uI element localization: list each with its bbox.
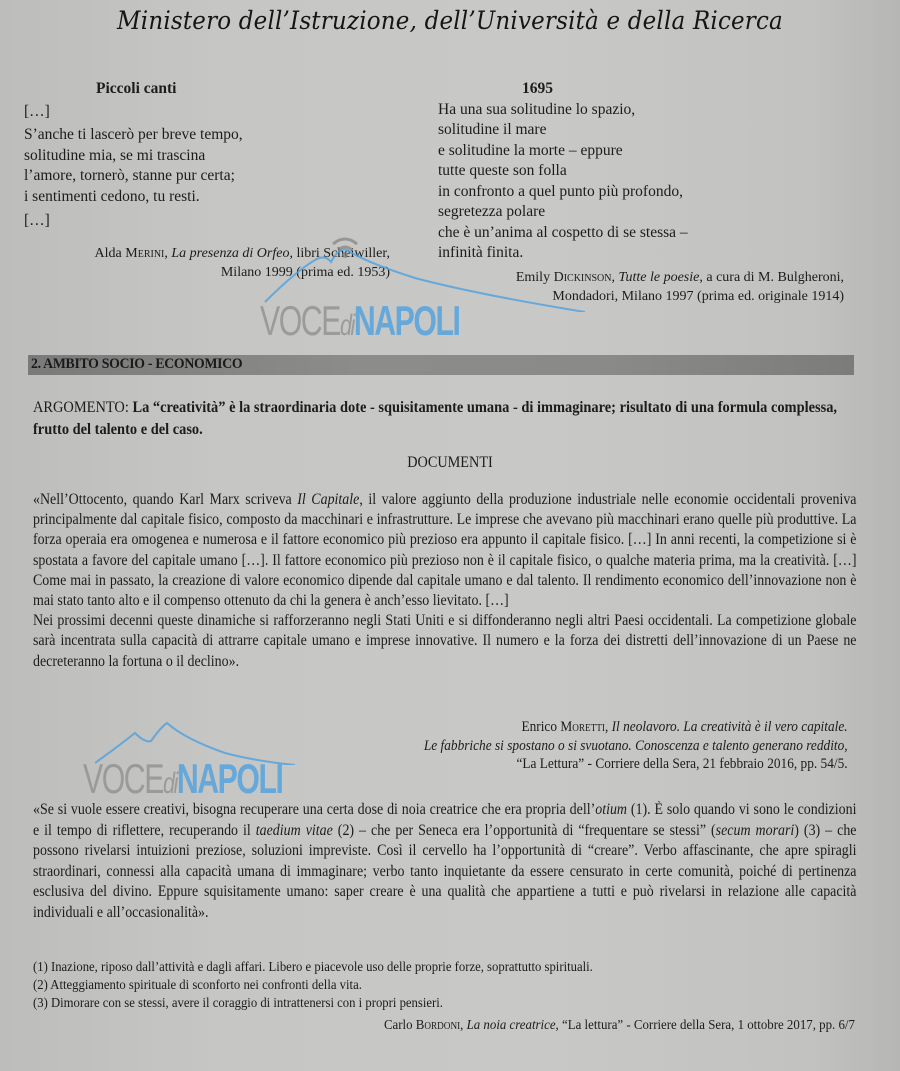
poem-line: tutte queste son folla xyxy=(438,161,858,182)
documenti-heading: DOCUMENTI xyxy=(36,454,864,472)
citation-source: “La Lettura” - Corriere della Sera, 21 f… xyxy=(424,755,848,774)
watermark-text-grey: VOCE xyxy=(260,297,340,344)
text-span: , il valore aggiunto della produzione in… xyxy=(33,491,857,609)
footnote: (2) Atteggiamento spirituale di sconfort… xyxy=(33,976,593,994)
document-bordoni: «Se si vuole essere creativi, bisogna re… xyxy=(33,800,857,924)
watermark-text-di: di xyxy=(163,767,177,800)
poem-merini: Piccoli canti […] S’anche ti lascerò per… xyxy=(24,79,424,232)
text-span: «Se si vuole essere creativi, bisogna re… xyxy=(33,801,595,818)
argomento-text: La “creatività” è la straordinaria dote … xyxy=(33,399,837,438)
argomento-label: ARGOMENTO: xyxy=(33,399,132,416)
document-bordoni-citation: Carlo Bordoni, La noia creatrice, “La le… xyxy=(384,1018,855,1034)
text-span: (2) – che per Seneca era l’opportunità d… xyxy=(333,822,716,839)
work-title: Tutte le poesie xyxy=(618,270,699,285)
latin-term: taedium vitae xyxy=(256,822,333,839)
footnotes: (1) Inazione, riposo dall’attività e dag… xyxy=(33,958,593,1012)
document-moretti: «Nell’Ottocento, quando Karl Marx scrive… xyxy=(33,490,857,672)
poem-line: solitudine mia, se mi trascina xyxy=(24,146,424,167)
poem-line: Ha una sua solitudine lo spazio, xyxy=(438,100,858,121)
ministry-header: Ministero dell’Istruzione, dell’Universi… xyxy=(36,6,864,35)
watermark-logo: VOCEdiNAPOLI xyxy=(260,300,459,342)
work-title: Il neolavoro. La creatività è il vero ca… xyxy=(612,719,848,735)
document-paragraph: «Se si vuole essere creativi, bisogna re… xyxy=(33,800,857,924)
latin-term: secum morari xyxy=(716,822,795,839)
author-first: Alda xyxy=(95,246,126,261)
poem-line: S’anche ti lascerò per breve tempo, xyxy=(24,125,424,146)
poem-line: solitudine il mare xyxy=(438,120,858,141)
citation-rest: , a cura di M. Bulgheroni, xyxy=(699,270,844,285)
poem-title: 1695 xyxy=(522,79,858,100)
author-first: Carlo xyxy=(384,1018,416,1033)
document-paragraph: Nei prossimi decenni queste dinamiche si… xyxy=(33,611,857,672)
footnote: (3) Dimorare con se stessi, avere il cor… xyxy=(33,994,593,1012)
document-paragraph: «Nell’Ottocento, quando Karl Marx scrive… xyxy=(33,490,857,611)
latin-term: otium xyxy=(595,801,627,818)
document-moretti-citation: Enrico Moretti, Il neolavoro. La creativ… xyxy=(424,718,848,774)
text-span: «Nell’Ottocento, quando Karl Marx scrive… xyxy=(33,491,297,508)
poem-line: e solitudine la morte – eppure xyxy=(438,141,858,162)
poem-line: in confronto a quel punto più profondo, xyxy=(438,182,858,203)
section-heading: 2. AMBITO SOCIO - ECONOMICO xyxy=(31,356,242,373)
poem-line: i sentimenti cedono, tu resti. xyxy=(24,187,424,208)
poem-line: segretezza polare xyxy=(438,202,858,223)
watermark-logo: VOCEdiNAPOLI xyxy=(83,758,282,800)
section-heading-band: 2. AMBITO SOCIO - ECONOMICO xyxy=(28,355,854,375)
watermark-text-di: di xyxy=(340,309,354,342)
footnote: (1) Inazione, riposo dall’attività e dag… xyxy=(33,958,593,976)
argomento: ARGOMENTO: La “creatività” è la straordi… xyxy=(33,397,851,441)
watermark-text-blue: NAPOLI xyxy=(354,297,460,344)
work-subtitle: Le fabbriche si spostano o si svuotano. … xyxy=(424,738,848,754)
author-last: Moretti xyxy=(561,719,606,735)
poem-title: Piccoli canti xyxy=(96,79,424,100)
watermark-text-blue: NAPOLI xyxy=(177,755,283,802)
citation-source: , “La lettura” - Corriere della Sera, 1 … xyxy=(556,1018,855,1033)
book-title: Il Capitale xyxy=(297,491,359,508)
author-last: Merini xyxy=(125,246,164,261)
author-first: Enrico xyxy=(522,719,561,735)
work-title: La noia creatrice xyxy=(467,1018,556,1033)
watermark-text-grey: VOCE xyxy=(83,755,163,802)
poem-line: […] xyxy=(24,102,424,123)
author-last: Bordoni xyxy=(416,1018,460,1033)
poem-line: l’amore, tornerò, stanne pur certa; xyxy=(24,166,424,187)
